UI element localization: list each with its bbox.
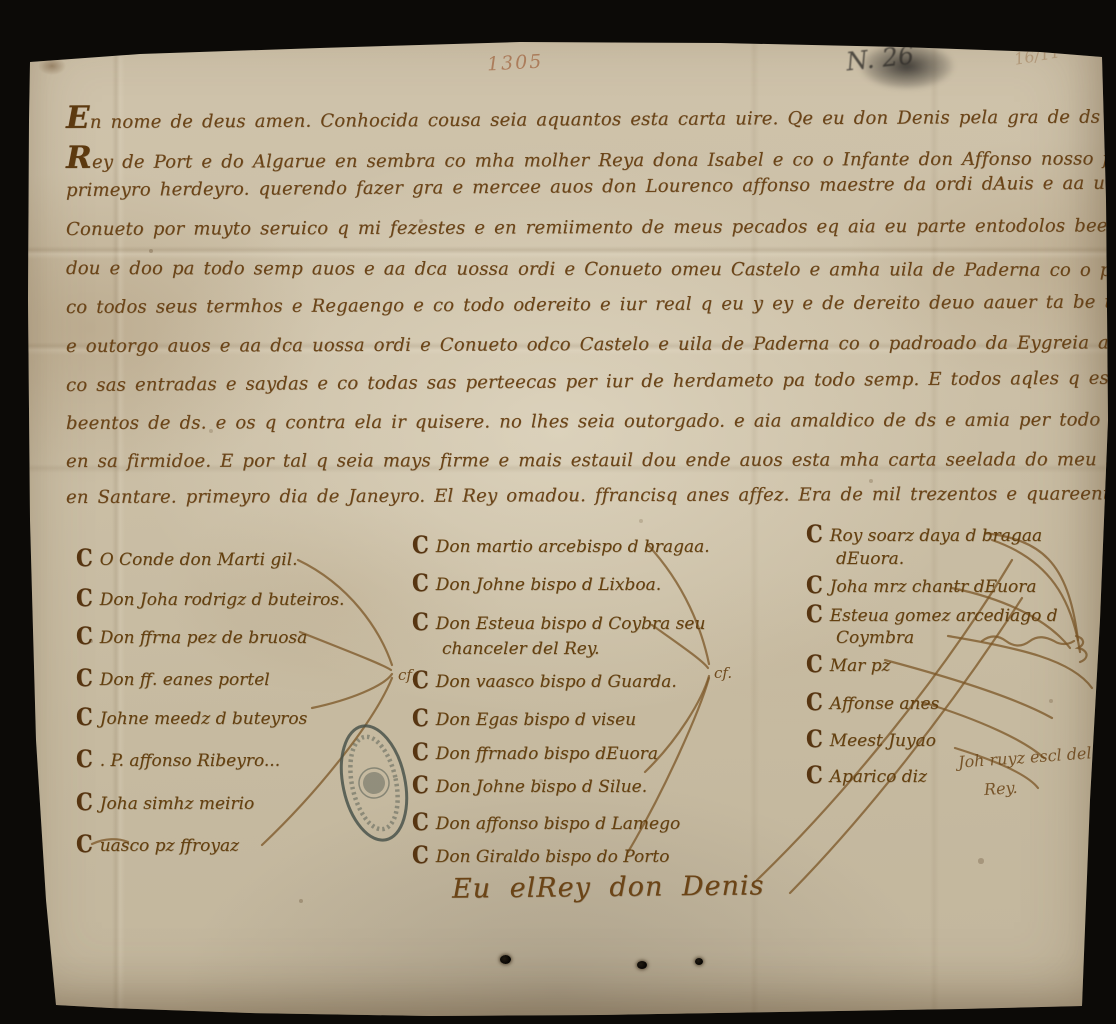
- edge-shading: [0, 0, 1116, 1024]
- parchment-document: 1305 N. 26 16/11 cf. cf.: [0, 0, 1116, 1024]
- photo-frame: 1305 N. 26 16/11 cf. cf.: [0, 0, 1116, 1024]
- parchment-stains: [0, 0, 2, 2]
